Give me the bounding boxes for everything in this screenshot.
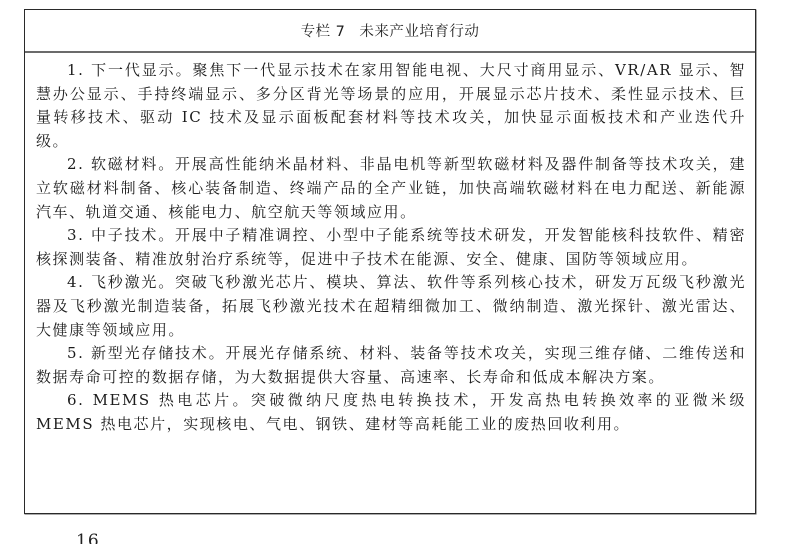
column-body: 1. 下一代显示。聚焦下一代显示技术在家用智能电视、大尺寸商用显示、VR/AR …: [25, 53, 755, 437]
column-label: 专栏 7: [301, 20, 346, 41]
paragraph-optical-storage: 5. 新型光存储技术。开展光存储系统、材料、装备等技术攻关，实现三维存储、二维传…: [36, 342, 746, 389]
paragraph-neutron-technology: 3. 中子技术。开展中子精准调控、小型中子能系统等技术研发，开发智能核科技软件、…: [36, 224, 746, 271]
page-number: 16: [76, 531, 100, 544]
paragraph-femtosecond-laser: 4. 飞秒激光。突破飞秒激光芯片、模块、算法、软件等系列核心技术，研发万瓦级飞秒…: [36, 271, 746, 342]
paragraph-mems-thermoelectric-chip: 6. MEMS 热电芯片。突破微纳尺度热电转换技术，开发高热电转换效率的亚微米级…: [36, 389, 746, 436]
column-header: 专栏 7 未来产业培育行动: [25, 10, 755, 53]
column-title: 未来产业培育行动: [359, 20, 479, 41]
column-box: 专栏 7 未来产业培育行动 1. 下一代显示。聚焦下一代显示技术在家用智能电视、…: [24, 9, 756, 514]
paragraph-next-gen-display: 1. 下一代显示。聚焦下一代显示技术在家用智能电视、大尺寸商用显示、VR/AR …: [36, 59, 746, 153]
paragraph-soft-magnetic-materials: 2. 软磁材料。开展高性能纳米晶材料、非晶电机等新型软磁材料及器件制备等技术攻关…: [36, 153, 746, 224]
